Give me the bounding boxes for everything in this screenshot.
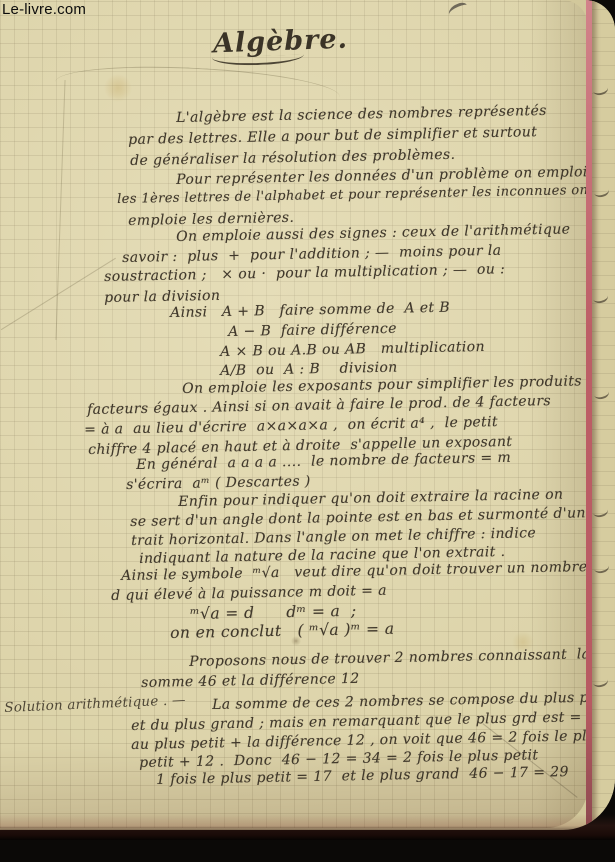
next-page-ink-fragment [593,386,610,400]
manuscript-line: A − B faire différence [228,321,397,340]
manuscript-line: s'écrira aᵐ ( Descartes ) [126,473,311,493]
next-page-ink-fragment [592,82,609,96]
manuscript-line: par des lettres. Elle a pour but de simp… [128,124,537,148]
manuscript-line: A/B ou A : B division [220,360,398,379]
next-page-ink-fragment [592,290,609,304]
manuscript-equation: ᵐ√a = d dᵐ = a ; [190,602,357,623]
manuscript-line: d qui élevé à la puissance m doit = a [111,583,387,604]
manuscript-line: de généraliser la résolution des problèm… [130,147,456,169]
paper-crease [55,80,65,340]
watermark: Le-livre.com [2,1,86,18]
page-title: Algèbre. [213,24,349,60]
next-page-ink-fragment [592,674,609,688]
manuscript-line: somme 46 et la différence 12 [141,671,360,691]
next-page-ink-fragment [593,184,610,198]
scanned-notebook-page: Algèbre. L'algèbre est la science des no… [0,0,615,862]
page-stack: Algèbre. L'algèbre est la science des no… [0,0,615,830]
next-page-ink-fragment [593,560,610,574]
manuscript-line: emploie les dernières. [128,210,294,229]
title-underline [212,54,304,66]
paper-grid: Algèbre. L'algèbre est la science des no… [0,0,588,828]
next-page-strip [592,0,615,822]
pencil-mark [446,1,469,20]
manuscript-line: pour la division [104,288,220,306]
margin-note-solution: Solution arithmétique . — [4,692,186,716]
manuscript-line: Proposons nous de trouver 2 nombres conn… [189,646,588,670]
next-page-ink-fragment [592,504,609,518]
manuscript-equation: on en conclut ( ᵐ√a )ᵐ = a [170,620,395,642]
manuscript-line: A × B ou A.B ou AB multiplication [220,339,485,360]
